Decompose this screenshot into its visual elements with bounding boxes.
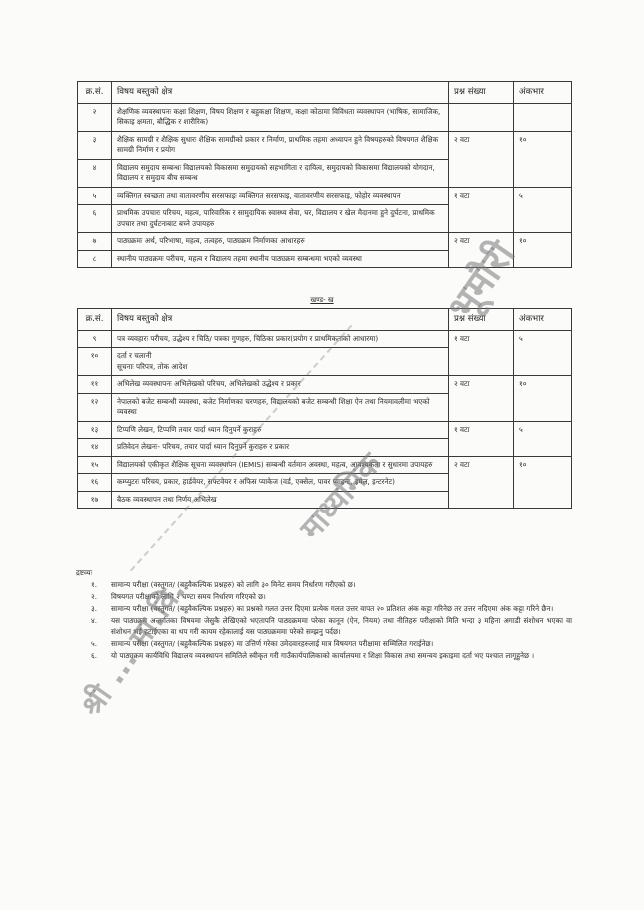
note-item: २.विषयगत परीक्षाको लागि २ घण्टा समय निर्… — [77, 591, 572, 602]
row-marks: ५ — [514, 421, 572, 456]
row-topic: दर्ता र चलानी सूचनाः परिपत्र, तोक आदेश — [112, 348, 449, 376]
table-header-row: क्र.सं. विषय बस्तुको क्षेत्र प्रश्न संख्… — [78, 309, 572, 331]
note-number: ३. — [77, 603, 111, 614]
row-serial: ९ — [78, 330, 112, 348]
header-marks: अंकभार — [514, 82, 572, 104]
note-text: सामान्य परीक्षा (वस्तुगत/ (बहुवैकल्पिक प… — [111, 579, 572, 590]
syllabus-table-section-a: क्र.सं. विषय बस्तुको क्षेत्र प्रश्न संख्… — [77, 81, 572, 268]
row-question-count: १ वटा — [449, 187, 514, 233]
header-question-count: प्रश्न संख्या — [449, 309, 514, 331]
row-topic: शैक्षणिक व्यवस्थापनः कक्षा शिक्षण, विषय … — [112, 103, 449, 131]
row-serial: १० — [78, 348, 112, 376]
row-topic: व्यक्तिगत स्वच्छता तथा वातावरणीय सरसफाइः… — [112, 187, 449, 205]
row-serial: ११ — [78, 376, 112, 394]
header-marks: अंकभार — [514, 309, 572, 331]
row-topic: टिप्पणि लेखन, टिप्पणि तयार पार्दा ध्यान … — [112, 421, 449, 439]
notes-section: द्रष्टव्यः १.सामान्य परीक्षा (वस्तुगत/ (… — [77, 567, 572, 661]
header-subject-area: विषय बस्तुको क्षेत्र — [112, 82, 449, 104]
table-row: ३शैक्षिक सामग्री र शैक्षिक सुधारः शैक्षि… — [78, 131, 572, 159]
table-row: १३टिप्पणि लेखन, टिप्पणि तयार पार्दा ध्या… — [78, 421, 572, 439]
row-serial: १४ — [78, 439, 112, 457]
row-serial: १३ — [78, 421, 112, 439]
note-number: १. — [77, 579, 111, 590]
row-serial: ४ — [78, 159, 112, 187]
note-text: सामान्य परीक्षा (वस्तुगत/ (बहुवैकल्पिक प… — [111, 638, 572, 649]
note-item: १.सामान्य परीक्षा (वस्तुगत/ (बहुवैकल्पिक… — [77, 579, 572, 590]
row-marks: १० — [514, 376, 572, 422]
row-marks: १० — [514, 233, 572, 268]
syllabus-table-section-b: क्र.सं. विषय बस्तुको क्षेत्र प्रश्न संख्… — [77, 308, 572, 509]
row-question-count: १ वटा — [449, 421, 514, 456]
note-text: विषयगत परीक्षाको लागि २ घण्टा समय निर्धा… — [111, 591, 572, 602]
header-serial: क्र.सं. — [78, 82, 112, 104]
row-serial: १५ — [78, 456, 112, 474]
row-marks: १० — [514, 456, 572, 509]
note-text: यस पाठ्यक्रम अन्तर्गतका विषयमा जेसुकै ले… — [111, 615, 572, 637]
table-row: १५विद्यालयको एकीकृत शैक्षिक सूचना व्यवस्… — [78, 456, 572, 474]
row-topic: प्रतिवेदन लेखनः- परिचय, तयार पार्दा ध्या… — [112, 439, 449, 457]
row-serial: १६ — [78, 474, 112, 492]
table-row: ९पत्र व्यवहारः परीचय, उद्धेश्य र चिठि/ प… — [78, 330, 572, 348]
table-row: ७पाठ्यक्रमः अर्थ, परिभाषा, महत्व, तत्वहर… — [78, 233, 572, 251]
row-marks: १० — [514, 131, 572, 187]
notes-list: १.सामान्य परीक्षा (वस्तुगत/ (बहुवैकल्पिक… — [77, 579, 572, 661]
note-item: ६.यो पाठ्यक्रम कार्यविधि विद्यालय व्यवस्… — [77, 650, 572, 661]
row-question-count: १ वटा — [449, 330, 514, 376]
row-topic: पत्र व्यवहारः परीचय, उद्धेश्य र चिठि/ पत… — [112, 330, 449, 348]
row-topic: पाठ्यक्रमः अर्थ, परिभाषा, महत्व, तत्वहरु… — [112, 233, 449, 251]
row-topic: विद्यालयको एकीकृत शैक्षिक सूचना व्यवस्था… — [112, 456, 449, 474]
table-row: ५व्यक्तिगत स्वच्छता तथा वातावरणीय सरसफाइ… — [78, 187, 572, 205]
row-topic: अभिलेख व्यवस्थापनः अभिलेखको परिचय, अभिले… — [112, 376, 449, 394]
table-row: ११अभिलेख व्यवस्थापनः अभिलेखको परिचय, अभि… — [78, 376, 572, 394]
row-serial: ३ — [78, 131, 112, 159]
row-topic: बैठक व्यवस्थापन तथा निर्णय अभिलेख — [112, 491, 449, 509]
note-item: ४.यस पाठ्यक्रम अन्तर्गतका विषयमा जेसुकै … — [77, 615, 572, 637]
header-subject-area: विषय बस्तुको क्षेत्र — [112, 309, 449, 331]
row-question-count: २ वटा — [449, 376, 514, 422]
row-topic: विद्यालय समुदाय सम्बन्धः विद्यालयको विका… — [112, 159, 449, 187]
header-serial: क्र.सं. — [78, 309, 112, 331]
row-question-count — [449, 103, 514, 131]
row-serial: ६ — [78, 205, 112, 233]
notes-title: द्रष्टव्यः — [76, 567, 572, 578]
row-marks — [514, 103, 572, 131]
row-topic: शैक्षिक सामग्री र शैक्षिक सुधारः शैक्षिक… — [112, 131, 449, 159]
note-number: ६. — [77, 650, 111, 661]
table-row: २शैक्षणिक व्यवस्थापनः कक्षा शिक्षण, विषय… — [78, 103, 572, 131]
row-question-count: २ वटा — [449, 233, 514, 268]
row-topic: प्राथमिक उपचारः परिचय, महत्व, पारिवारिक … — [112, 205, 449, 233]
row-serial: २ — [78, 103, 112, 131]
header-question-count: प्रश्न संख्या — [449, 82, 514, 104]
note-text: सामान्य परीक्षा (वस्तुगत/ (बहुवैकल्पिक प… — [111, 603, 572, 614]
row-topic: नेपालको बजेट सम्बन्धी व्यवस्था, बजेट निर… — [112, 393, 449, 421]
note-number: २. — [77, 591, 111, 602]
row-serial: ५ — [78, 187, 112, 205]
row-serial: १२ — [78, 393, 112, 421]
section-b-heading: खण्ड- ख — [0, 296, 644, 305]
document-page: क्र.सं. विषय बस्तुको क्षेत्र प्रश्न संख्… — [0, 0, 644, 910]
row-question-count: २ वटा — [449, 131, 514, 187]
row-marks: ५ — [514, 330, 572, 376]
note-number: ५. — [77, 638, 111, 649]
note-number: ४. — [77, 615, 111, 637]
table-header-row: क्र.सं. विषय बस्तुको क्षेत्र प्रश्न संख्… — [78, 82, 572, 104]
row-topic: स्थानीय पाठ्यक्रमः परीचय, महत्व र विद्या… — [112, 250, 449, 268]
row-serial: ७ — [78, 233, 112, 251]
row-question-count: २ वटा — [449, 456, 514, 509]
row-serial: ८ — [78, 250, 112, 268]
row-topic: कम्प्युटरः परिचय, प्रकार, हार्डवेयर, सफ्… — [112, 474, 449, 492]
note-text: यो पाठ्यक्रम कार्यविधि विद्यालय व्यवस्था… — [111, 650, 572, 661]
row-marks: ५ — [514, 187, 572, 233]
note-item: ५.सामान्य परीक्षा (वस्तुगत/ (बहुवैकल्पिक… — [77, 638, 572, 649]
note-item: ३.सामान्य परीक्षा (वस्तुगत/ (बहुवैकल्पिक… — [77, 603, 572, 614]
row-serial: १७ — [78, 491, 112, 509]
